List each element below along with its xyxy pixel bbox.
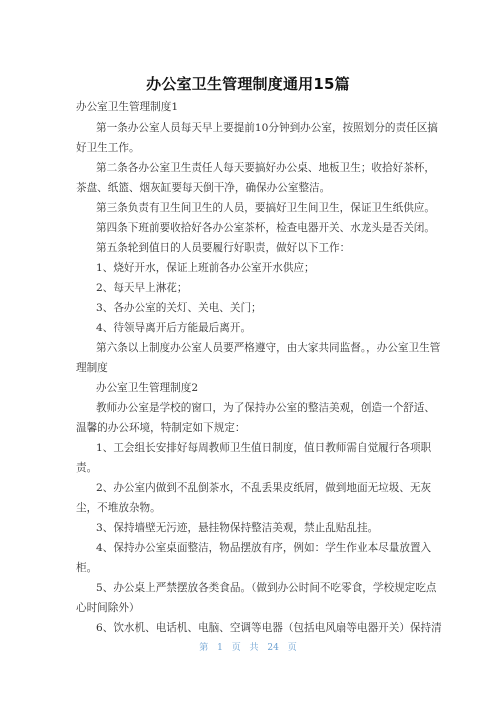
text-line: 理制度 — [76, 361, 108, 375]
text-line: 3、保持墙壁无污迹，悬挂物保持整洁美观，禁止乱贴乱挂。 — [96, 521, 378, 535]
text-line: 第一条办公室人员每天早上要提前10分钟到办公室，按照划分的责任区搞 — [96, 121, 438, 135]
text-line: 责。 — [76, 461, 97, 475]
text-line: 3、各办公室的关灯、关电、关门； — [96, 301, 262, 315]
text-line: 茶盘、纸篮、烟灰缸要每天倒干净，确保办公室整洁。 — [76, 181, 330, 195]
document-page: 办公室卫生管理制度通用15篇 办公室卫生管理制度1第一条办公室人员每天早上要提前… — [0, 0, 496, 702]
text-line: 第二条各办公室卫生责任人每天要搞好办公桌、地板卫生；收拾好茶杯， — [96, 161, 435, 175]
text-line: 第五条轮到值日的人员要履行好职责，做好以下工作： — [96, 241, 350, 255]
document-title: 办公室卫生管理制度通用15篇 — [0, 73, 496, 94]
text-line: 柜。 — [76, 561, 97, 575]
text-line: 第三条负责有卫生间卫生的人员，要搞好卫生间卫生，保证卫生纸供应。 — [96, 201, 435, 215]
text-line: 温馨的办公环境，特制定如下规定： — [76, 421, 246, 435]
text-line: 办公室卫生管理制度1 — [76, 100, 178, 114]
text-line: 第四条下班前要收拾好各办公室茶杯，检查电器开关、水龙头是否关闭。 — [96, 221, 435, 235]
text-line: 尘，不堆放杂物。 — [76, 501, 161, 515]
text-line: 2、办公室内做到不乱倒茶水，不乱丢果皮纸屑，做到地面无垃圾、无灰 — [96, 481, 431, 495]
text-line: 4、待领导离开后方能最后离开。 — [96, 321, 251, 335]
page-indicator: 第 1 页 共 24 页 — [0, 640, 496, 653]
text-line: 好卫生工作。 — [76, 141, 140, 155]
text-line: 心时间除外） — [76, 601, 140, 615]
text-line: 1、烧好开水，保证上班前各办公室开水供应； — [96, 261, 315, 275]
text-line: 6、饮水机、电话机、电脑、空调等电器（包括电风扇等电器开关）保持清 — [96, 621, 442, 635]
text-line: 2、每天早上淋花； — [96, 281, 188, 295]
text-line: 5、办公桌上严禁摆放各类食品。（做到办公时间不吃零食，学校规定吃点 — [96, 581, 436, 595]
text-line: 1、工会组长安排好每周教师卫生值日制度，值日教师需自觉履行各项职 — [96, 441, 431, 455]
text-line: 办公室卫生管理制度2 — [96, 381, 198, 395]
text-line: 4、保持办公室桌面整洁，物品摆放有序，例如：学生作业本尽量放置入 — [96, 541, 431, 555]
text-line: 教师办公室是学校的窗口，为了保持办公室的整洁美观，创造一个舒适、 — [96, 401, 435, 415]
text-line: 第六条以上制度办公室人员要严格遵守，由大家共同监督。，办公室卫生管 — [96, 341, 440, 355]
